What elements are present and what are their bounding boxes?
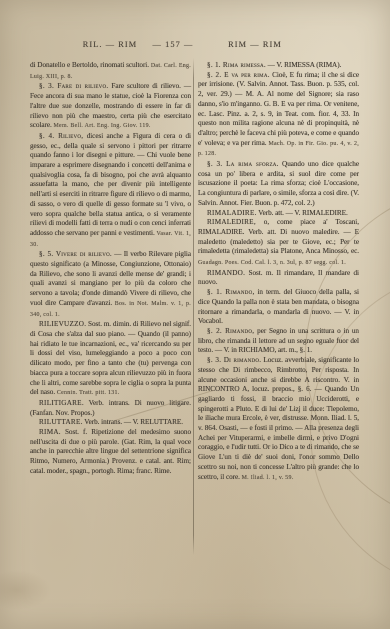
entry-headword: §. 1. Rima rimessa. [207,61,266,69]
source-citation: Vasar. Vit. 1, 30. [30,231,191,248]
running-head: RIL. — RIM — 157 — RIM — RIM [0,40,390,52]
source-citation: Mach. Op. in Fir. Gio. pu. 4, v. 2, p. 1… [198,141,359,158]
entry-headword: §. 1. Rimando, [207,288,255,296]
entry-headword: RILIEVUZZO. [39,320,86,328]
source-citation: M. Iliad. l. 1, v. 59. [240,475,294,481]
entry-paragraph: §. 3. Fare di rilievo. Fare scultore di … [30,82,191,132]
entry-headword: §. 2. Rimando, [207,327,254,335]
entry-headword: §. 3. Fare di rilievo. [39,82,108,90]
entry-headword: §. 2. E va per rima. [207,71,270,79]
entry-paragraph: RILIEVUZZO. Sost. m. dimin. di Rilievo n… [30,320,191,399]
entry-paragraph: §. 2. E va per rima. Cioè, E fu rima; il… [198,71,359,160]
page-number: — 157 — [138,40,208,49]
source-citation: Mem. Bell. Art. Eng. Ing. Giov. 119. [52,123,151,129]
scanned-dictionary-page: RIL. — RIM — 157 — RIM — RIM di Donatell… [0,0,390,629]
entry-paragraph: RIMALADIRE. Verb. att. — V. RIMALEDIRE. [198,209,359,219]
running-head-right: RIM — RIM [200,40,310,49]
entry-paragraph: §. 4. Rilievo, dicesi anche a Figura di … [30,132,191,250]
source-citation: Bos. in Not. Malm. v. 1, p. 340, col. 1. [30,301,191,318]
entry-headword: §. 3. La rima sforza. [207,160,279,168]
entry-paragraph: §. 5. Vivere di rilievo. — Il verbo Rile… [30,250,191,320]
entry-paragraph: §. 3. La rima sforza. Quando uno dice qu… [198,160,359,209]
source-citation: Dat. Carl. Eng. Luig. XIII, p. 8. [30,63,191,80]
entry-paragraph: §. 1. Rima rimessa. — V. RIMESSA (RIMA). [198,61,359,71]
source-citation: Cennin. Tratt. pitt. 131. [55,390,119,396]
left-column: di Donatello e Bertoldo, rinomati sculto… [30,61,191,477]
entry-headword: §. 4. Rilievo, [39,132,83,140]
entry-headword: RIMALADIRE. [207,209,257,217]
entry-paragraph: RILUTTARE. Verb. intrans. — V. RELUTTARE… [30,418,191,428]
column-divider-rule [193,58,194,555]
source-citation: Guadagn. Poes. Cod. Cal. l. 3, n. 3ul, p… [198,260,346,266]
entry-paragraph: di Donatello e Bertoldo, rinomati sculto… [30,61,191,82]
entry-headword: RIMA. [39,428,61,436]
entry-headword: RILITIGARE. [39,399,84,407]
paper-blot [0,570,52,610]
entry-headword: RIMANDO. [207,269,245,277]
entry-paragraph: RIMA. Sost. f. Ripetizione del medesimo … [30,428,191,477]
entry-paragraph: RILITIGARE. Verb. intrans. Di nuovo liti… [30,399,191,418]
entry-headword: RILUTTARE. [39,418,83,426]
entry-headword: RIMALEDIRE, [207,218,256,226]
entry-headword: §. 3. Di rimando. [207,356,261,364]
entry-headword: §. 5. Vivere di rilievo. [39,250,112,258]
